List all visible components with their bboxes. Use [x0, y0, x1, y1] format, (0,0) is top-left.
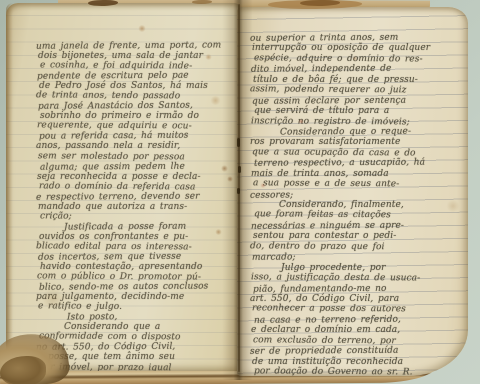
manuscript-line: na casa e no terreno referido, — [254, 314, 462, 326]
scanned-document: uma janela de frente, uma porta, comdois… — [0, 0, 480, 384]
manuscript-line: ouvidos os confrontantes e pu- — [39, 232, 236, 242]
frayed-corner-dark — [0, 356, 46, 384]
manuscript-line: Justificada a posse foram — [37, 221, 236, 232]
manuscript-line: isso, a justificação desta de usuca- — [251, 272, 462, 284]
manuscript-line: uma janela de frente, uma porta, com — [36, 40, 236, 51]
manuscript-line: interrupção ou oposição de qualquer — [252, 43, 462, 53]
manuscript-line: e respectivo terreno, devendo ser — [36, 191, 236, 202]
manuscript-line: pião, fundamentando-me no — [253, 283, 462, 295]
manuscript-line: dos incertos, sem que tivesse — [38, 251, 236, 262]
manuscript-line: Isto posto, — [40, 312, 236, 323]
manuscript-line: cessores; — [250, 189, 462, 201]
manuscript-line: seja reconhecida a posse e decla- — [37, 172, 236, 182]
manuscript-line: necessárias e ninguém se apre- — [251, 220, 462, 232]
manuscript-line: e declarar o domínio em cada, — [251, 325, 462, 335]
manuscript-line: terreno respectivo, a usucapião, há — [254, 158, 462, 170]
manuscript-line: sentou para contestar o pedi- — [253, 231, 462, 241]
manuscript-line: que servirá de título para a — [254, 106, 462, 116]
left-page-handwriting: uma janela de frente, uma porta, comdois… — [36, 41, 236, 371]
manuscript-line: ros provaram satisfatoriamente — [250, 137, 462, 147]
manuscript-line: que assim declare por sentença — [252, 95, 462, 107]
left-page-worn-edge — [6, 3, 13, 371]
manuscript-line: marcado; — [252, 251, 462, 263]
manuscript-line: pou a referida casa, há muitos — [39, 131, 236, 142]
manuscript-line: ser de propriedade constituída — [250, 345, 462, 357]
right-page-handwriting: ou superior a trinta anos, seminterrupçã… — [250, 33, 462, 376]
manuscript-line: ou superior a trinta anos, sem — [250, 32, 462, 44]
manuscript-line: por doação do Governo ao sr. R. — [254, 366, 462, 376]
manuscript-line: mandado que autoriza a trans- — [38, 202, 236, 212]
manuscript-line: anos, passando nela a residir, — [36, 141, 236, 151]
manuscript-line: de uma instituição reconhecida — [252, 357, 462, 367]
manuscript-line: Considerando que o reque- — [253, 126, 462, 138]
manuscript-line: Julgo procedente, por — [254, 263, 462, 273]
manuscript-line: blico, sendo-me os autos conclusos — [39, 281, 236, 292]
manuscript-line: alguma; que assim pedem lhe — [40, 161, 236, 172]
manuscript-line: dito imóvel, independente de — [251, 64, 462, 76]
right-page: ou superior a trinta anos, seminterrupçã… — [237, 7, 468, 376]
manuscript-line: para José Anastácio dos Santos, — [38, 101, 236, 112]
left-page: uma janela de frente, uma porta, comdois… — [6, 3, 239, 371]
manuscript-line: pendente de escritura pelo pae — [37, 70, 236, 81]
